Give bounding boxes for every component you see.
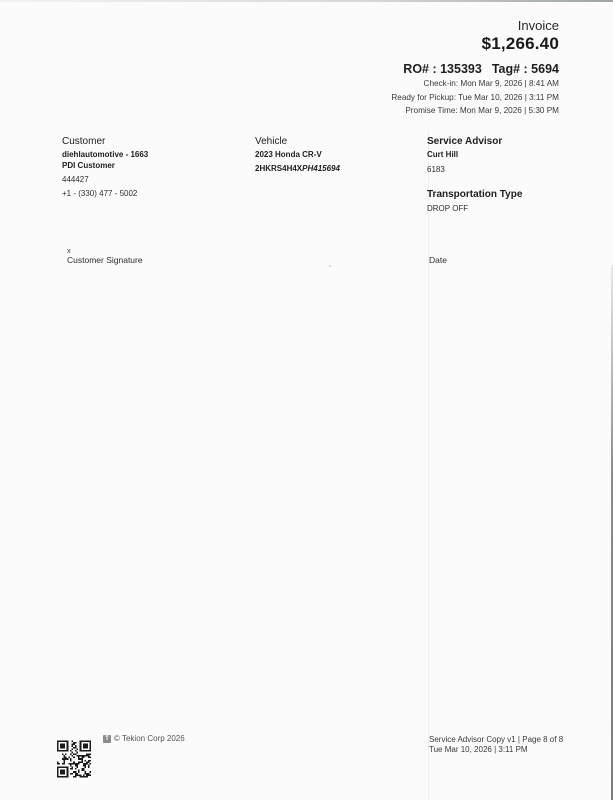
page-footer-info: Service Advisor Copy v1 | Page 8 of 8 Tu… xyxy=(429,735,563,755)
vehicle-vin: 2HKRS4H4XPH415694 xyxy=(255,164,340,175)
copy-page-info: Service Advisor Copy v1 | Page 8 of 8 xyxy=(429,735,563,745)
printed-timestamp: Tue Mar 10, 2026 | 3:11 PM xyxy=(429,745,563,755)
vehicle-section: Vehicle 2023 Honda CR-V 2HKRS4H4XPH41569… xyxy=(255,135,340,174)
ro-tag-line: RO# : 135393Tag# : 5694 xyxy=(391,61,559,77)
service-advisor-section: Service Advisor Curt Hill 6183 Transport… xyxy=(427,135,522,214)
vin-prefix: 2HKRS4H4X xyxy=(255,164,302,173)
qr-code-icon xyxy=(57,740,91,778)
brand-footer: T © Tekion Corp 2026 xyxy=(103,734,185,744)
scan-speck xyxy=(329,265,331,267)
transportation-type-title: Transportation Type xyxy=(427,188,522,201)
vehicle-description: 2023 Honda CR-V xyxy=(255,150,340,161)
customer-number: 444427 xyxy=(62,174,148,185)
vin-suffix: PH415694 xyxy=(302,164,340,173)
ready-for-pickup-time: Ready for Pickup: Tue Mar 10, 2026 | 3:1… xyxy=(391,91,559,105)
invoice-header: Invoice $1,266.40 RO# : 135393Tag# : 569… xyxy=(391,18,559,118)
copyright-text: © Tekion Corp 2026 xyxy=(114,734,185,744)
tag-number: Tag# : 5694 xyxy=(492,62,559,76)
tekion-logo-icon: T xyxy=(103,735,111,743)
ro-number: RO# : 135393 xyxy=(403,62,482,76)
customer-title: Customer xyxy=(62,135,148,148)
customer-section: Customer diehlautomotive - 1663 PDI Cust… xyxy=(62,135,148,199)
signature-mark: x xyxy=(67,247,143,255)
document-type: Invoice xyxy=(391,18,559,34)
customer-account: diehlautomotive - 1663 xyxy=(62,150,148,161)
scan-artifact-line xyxy=(428,130,429,800)
customer-phone: +1 - (330) 477 - 5002 xyxy=(62,188,148,199)
service-advisor-title: Service Advisor xyxy=(427,135,522,148)
signature-date-label: Date xyxy=(429,255,447,266)
service-advisor-id: 6183 xyxy=(427,164,522,175)
check-in-time: Check-in: Mon Mar 9, 2026 | 8:41 AM xyxy=(391,77,559,91)
scan-edge-top xyxy=(0,0,613,2)
customer-signature-label: Customer Signature xyxy=(67,255,143,266)
vehicle-title: Vehicle xyxy=(255,135,340,148)
customer-name: PDI Customer xyxy=(62,161,148,172)
transportation-type-value: DROP OFF xyxy=(427,203,522,214)
invoice-total: $1,266.40 xyxy=(391,34,559,54)
customer-signature-block: x Customer Signature xyxy=(67,247,143,266)
service-advisor-name: Curt Hill xyxy=(427,150,522,161)
promise-time: Promise Time: Mon Mar 9, 2026 | 5:30 PM xyxy=(391,104,559,118)
